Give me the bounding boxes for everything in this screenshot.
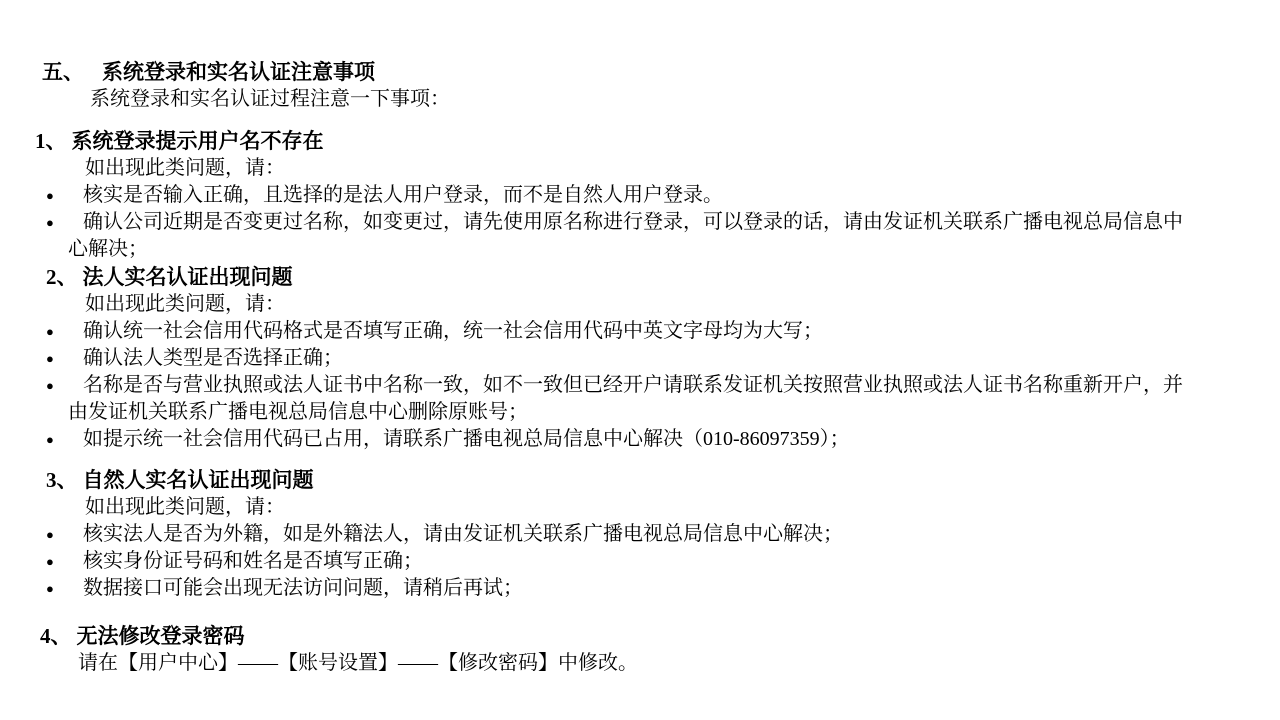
- bullet-text: 确认法人类型是否选择正确；: [83, 347, 343, 369]
- section-3: 3、自然人实名认证出现问题 如出现此类问题，请： ●核实法人是否为外籍，如是外籍…: [0, 466, 1280, 602]
- bullet-icon: ●: [46, 182, 54, 209]
- bullet-icon: ●: [46, 345, 54, 372]
- bullet-text: 如提示统一社会信用代码已占用，请联系广播电视总局信息中心解决（010-86097…: [83, 428, 850, 450]
- intro-text: 系统登录和实名认证过程注意一下事项：: [90, 86, 1280, 113]
- bullet-item: ●确认统一社会信用代码格式是否填写正确，统一社会信用代码中英文字母均为大写；: [68, 318, 1193, 345]
- bullet-item: ●确认法人类型是否选择正确；: [68, 345, 1193, 372]
- bullet-icon: ●: [46, 521, 54, 548]
- page: 五、系统登录和实名认证注意事项 系统登录和实名认证过程注意一下事项： 1、系统登…: [0, 0, 1280, 677]
- bullet-icon: ●: [46, 575, 54, 602]
- section-2-heading: 2、法人实名认证出现问题: [46, 263, 1280, 291]
- section-2-bullet-list: ●确认统一社会信用代码格式是否填写正确，统一社会信用代码中英文字母均为大写； ●…: [0, 318, 1280, 453]
- document-page: { "page": { "background": "#ffffff", "te…: [0, 0, 1280, 720]
- section-1-bullet-list: ●核实是否输入正确，且选择的是法人用户登录，而不是自然人用户登录。 ●确认公司近…: [0, 182, 1280, 263]
- section-1-subtitle: 如出现此类问题，请：: [85, 155, 1280, 182]
- section-2-subtitle: 如出现此类问题，请：: [85, 291, 1280, 318]
- main-heading-number: 五、: [42, 60, 84, 84]
- section-4-number: 4、: [40, 624, 72, 648]
- bullet-icon: ●: [46, 548, 54, 575]
- bullet-icon: ●: [46, 372, 54, 399]
- section-4-title: 无法修改登录密码: [77, 624, 245, 648]
- main-heading-title: 系统登录和实名认证注意事项: [102, 60, 375, 84]
- section-2-number: 2、: [46, 265, 78, 289]
- bullet-item: ●核实法人是否为外籍，如是外籍法人，请由发证机关联系广播电视总局信息中心解决；: [68, 521, 1193, 548]
- bullet-text: 核实法人是否为外籍，如是外籍法人，请由发证机关联系广播电视总局信息中心解决；: [83, 523, 843, 545]
- main-heading: 五、系统登录和实名认证注意事项: [42, 58, 1280, 86]
- section-3-bullet-list: ●核实法人是否为外籍，如是外籍法人，请由发证机关联系广播电视总局信息中心解决； …: [0, 521, 1280, 602]
- section-3-number: 3、: [46, 468, 78, 492]
- section-1-number: 1、: [35, 129, 67, 153]
- bullet-item: ●确认公司近期是否变更过名称，如变更过，请先使用原名称进行登录，可以登录的话，请…: [68, 209, 1193, 263]
- section-3-heading: 3、自然人实名认证出现问题: [46, 466, 1280, 494]
- bullet-item: ●如提示统一社会信用代码已占用，请联系广播电视总局信息中心解决（010-8609…: [68, 426, 1193, 453]
- bullet-text: 核实身份证号码和姓名是否填写正确；: [83, 550, 423, 572]
- bullet-item: ●核实身份证号码和姓名是否填写正确；: [68, 548, 1193, 575]
- section-1-heading: 1、系统登录提示用户名不存在: [35, 127, 1280, 155]
- bullet-text: 数据接口可能会出现无法访问问题，请稍后再试；: [83, 577, 523, 599]
- bullet-icon: ●: [46, 318, 54, 345]
- bullet-text: 确认统一社会信用代码格式是否填写正确，统一社会信用代码中英文字母均为大写；: [83, 320, 823, 342]
- section-1: 1、系统登录提示用户名不存在 如出现此类问题，请： ●核实是否输入正确，且选择的…: [0, 127, 1280, 263]
- section-4-heading: 4、无法修改登录密码: [40, 622, 1280, 650]
- bullet-text: 核实是否输入正确，且选择的是法人用户登录，而不是自然人用户登录。: [83, 184, 723, 206]
- bullet-item: ●数据接口可能会出现无法访问问题，请稍后再试；: [68, 575, 1193, 602]
- section-3-title: 自然人实名认证出现问题: [83, 468, 314, 492]
- section-1-title: 系统登录提示用户名不存在: [72, 129, 324, 153]
- bullet-icon: ●: [46, 426, 54, 453]
- section-4-body: 请在【用户中心】——【账号设置】——【修改密码】中修改。: [78, 650, 1280, 677]
- section-4: 4、无法修改登录密码 请在【用户中心】——【账号设置】——【修改密码】中修改。: [0, 622, 1280, 677]
- bullet-icon: ●: [46, 209, 54, 236]
- section-3-subtitle: 如出现此类问题，请：: [85, 494, 1280, 521]
- bullet-item: ●核实是否输入正确，且选择的是法人用户登录，而不是自然人用户登录。: [68, 182, 1193, 209]
- bullet-text: 名称是否与营业执照或法人证书中名称一致，如不一致但已经开户请联系发证机关按照营业…: [68, 374, 1183, 423]
- section-2: 2、法人实名认证出现问题 如出现此类问题，请： ●确认统一社会信用代码格式是否填…: [0, 263, 1280, 453]
- section-2-title: 法人实名认证出现问题: [83, 265, 293, 289]
- bullet-text: 确认公司近期是否变更过名称，如变更过，请先使用原名称进行登录，可以登录的话，请由…: [68, 211, 1183, 260]
- bullet-item: ●名称是否与营业执照或法人证书中名称一致，如不一致但已经开户请联系发证机关按照营…: [68, 372, 1193, 426]
